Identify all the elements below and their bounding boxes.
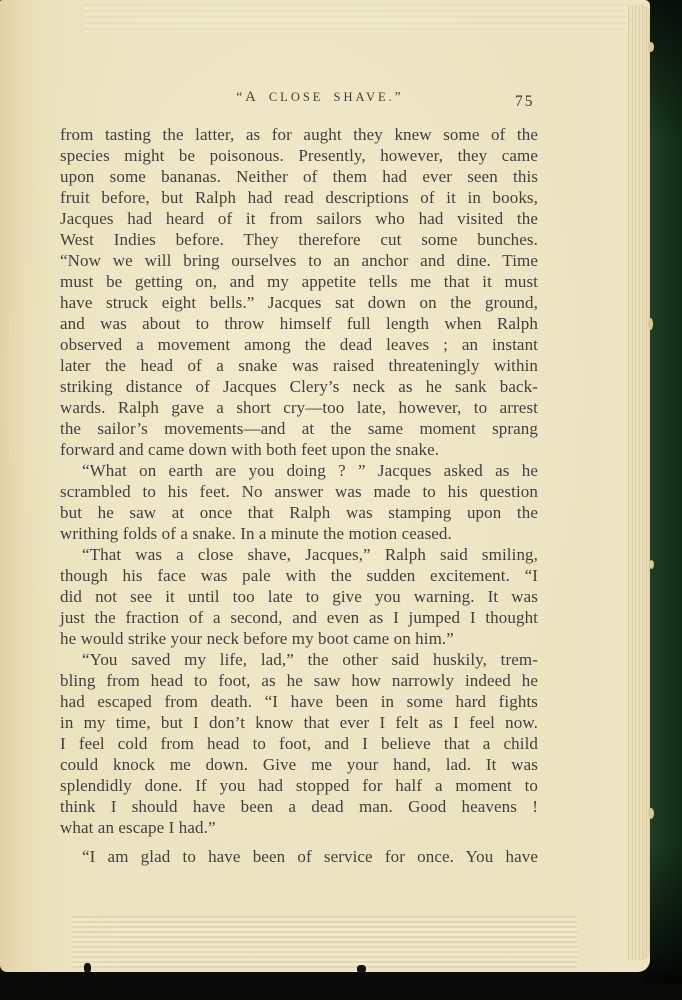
text-line: wards. Ralph gave a short cry—too late, … <box>60 397 538 418</box>
text-line: just the fraction of a second, and even … <box>60 607 538 628</box>
text-line: “What on earth are you doing ? ” Jacques… <box>60 460 538 481</box>
text-line: and was about to throw himself full leng… <box>60 313 538 334</box>
page-edge-bump <box>648 42 654 52</box>
page-edge-bump <box>648 808 654 819</box>
text-line: could knock me down. Give me your hand, … <box>60 754 538 775</box>
running-head-lead: A <box>245 89 258 105</box>
page-edge-streaks-top <box>84 4 644 32</box>
text-line: must be getting on, and my appetite tell… <box>60 271 538 292</box>
page-edge-streaks-bottom <box>72 916 577 968</box>
scanned-book-photo: { "running_head": { "quote_open": "\u201… <box>0 0 682 1000</box>
text-line: though his face was pale with the sudden… <box>60 565 538 586</box>
text-line: species might be poisonous. Presently, h… <box>60 145 538 166</box>
text-line: writhing folds of a snake. In a minute t… <box>60 523 538 544</box>
text-line: Jacques had heard of it from sailors who… <box>60 208 538 229</box>
paragraph: “You saved my life, lad,” the other said… <box>60 649 538 838</box>
paragraph: “That was a close shave, Jacques,” Ralph… <box>60 544 538 649</box>
text-line: he would strike your neck before my boot… <box>60 628 538 649</box>
text-line: did not see it until too late to give yo… <box>60 586 538 607</box>
page-number: 75 <box>515 93 535 111</box>
text-line: think I should have been a dead man. Goo… <box>60 796 538 817</box>
text-line: but he saw at once that Ralph was stampi… <box>60 502 538 523</box>
text-line: striking distance of Jacques Clery’s nec… <box>60 376 538 397</box>
text-line: scrambled to his feet. No answer was mad… <box>60 481 538 502</box>
running-head-open-quote: “ <box>236 89 245 104</box>
text-line: observed a movement among the dead leave… <box>60 334 538 355</box>
running-head-title: CLOSE SHAVE. <box>259 90 395 104</box>
text-line: later the head of a snake was raised thr… <box>60 355 538 376</box>
text-line: “That was a close shave, Jacques,” Ralph… <box>60 544 538 565</box>
text-line: upon some bananas. Neither of them had e… <box>60 166 538 187</box>
paragraph: “I am glad to have been of service for o… <box>60 846 538 867</box>
page-edge-bump <box>648 318 653 330</box>
text-line: “Now we will bring ourselves to an ancho… <box>60 250 538 271</box>
text-line: “I am glad to have been of service for o… <box>60 846 538 867</box>
edge-nick <box>84 963 91 973</box>
text-line: forward and came down with both feet upo… <box>60 439 538 460</box>
text-line: in my time, but I don’t know that ever I… <box>60 712 538 733</box>
page-edge-bump <box>649 560 654 569</box>
text-line: have struck eight bells.” Jacques sat do… <box>60 292 538 313</box>
text-line: the sailor’s movements—and at the same m… <box>60 418 538 439</box>
text-line: bling from head to foot, as he saw how n… <box>60 670 538 691</box>
text-line: had escaped from death. “I have been in … <box>60 691 538 712</box>
text-line: “You saved my life, lad,” the other said… <box>60 649 538 670</box>
running-head: “A CLOSE SHAVE.” <box>60 88 538 106</box>
text-line: from tasting the latter, as for aught th… <box>60 124 538 145</box>
text-line: I feel cold from head to foot, and I bel… <box>60 733 538 754</box>
text-line: what an escape I had.” <box>60 817 538 838</box>
running-head-close-quote: ” <box>395 89 404 104</box>
text-column: from tasting the latter, as for aught th… <box>60 124 538 867</box>
book-page: “A CLOSE SHAVE.” 75 from tasting the lat… <box>0 0 650 972</box>
paragraph: “What on earth are you doing ? ” Jacques… <box>60 460 538 544</box>
text-line: West Indies before. They therefore cut s… <box>60 229 538 250</box>
paragraph: from tasting the latter, as for aught th… <box>60 124 538 460</box>
text-line: splendidly done. If you had stopped for … <box>60 775 538 796</box>
page-edge-stripes-right <box>626 6 650 960</box>
text-line: fruit before, but Ralph had read descrip… <box>60 187 538 208</box>
edge-nick <box>357 965 366 973</box>
